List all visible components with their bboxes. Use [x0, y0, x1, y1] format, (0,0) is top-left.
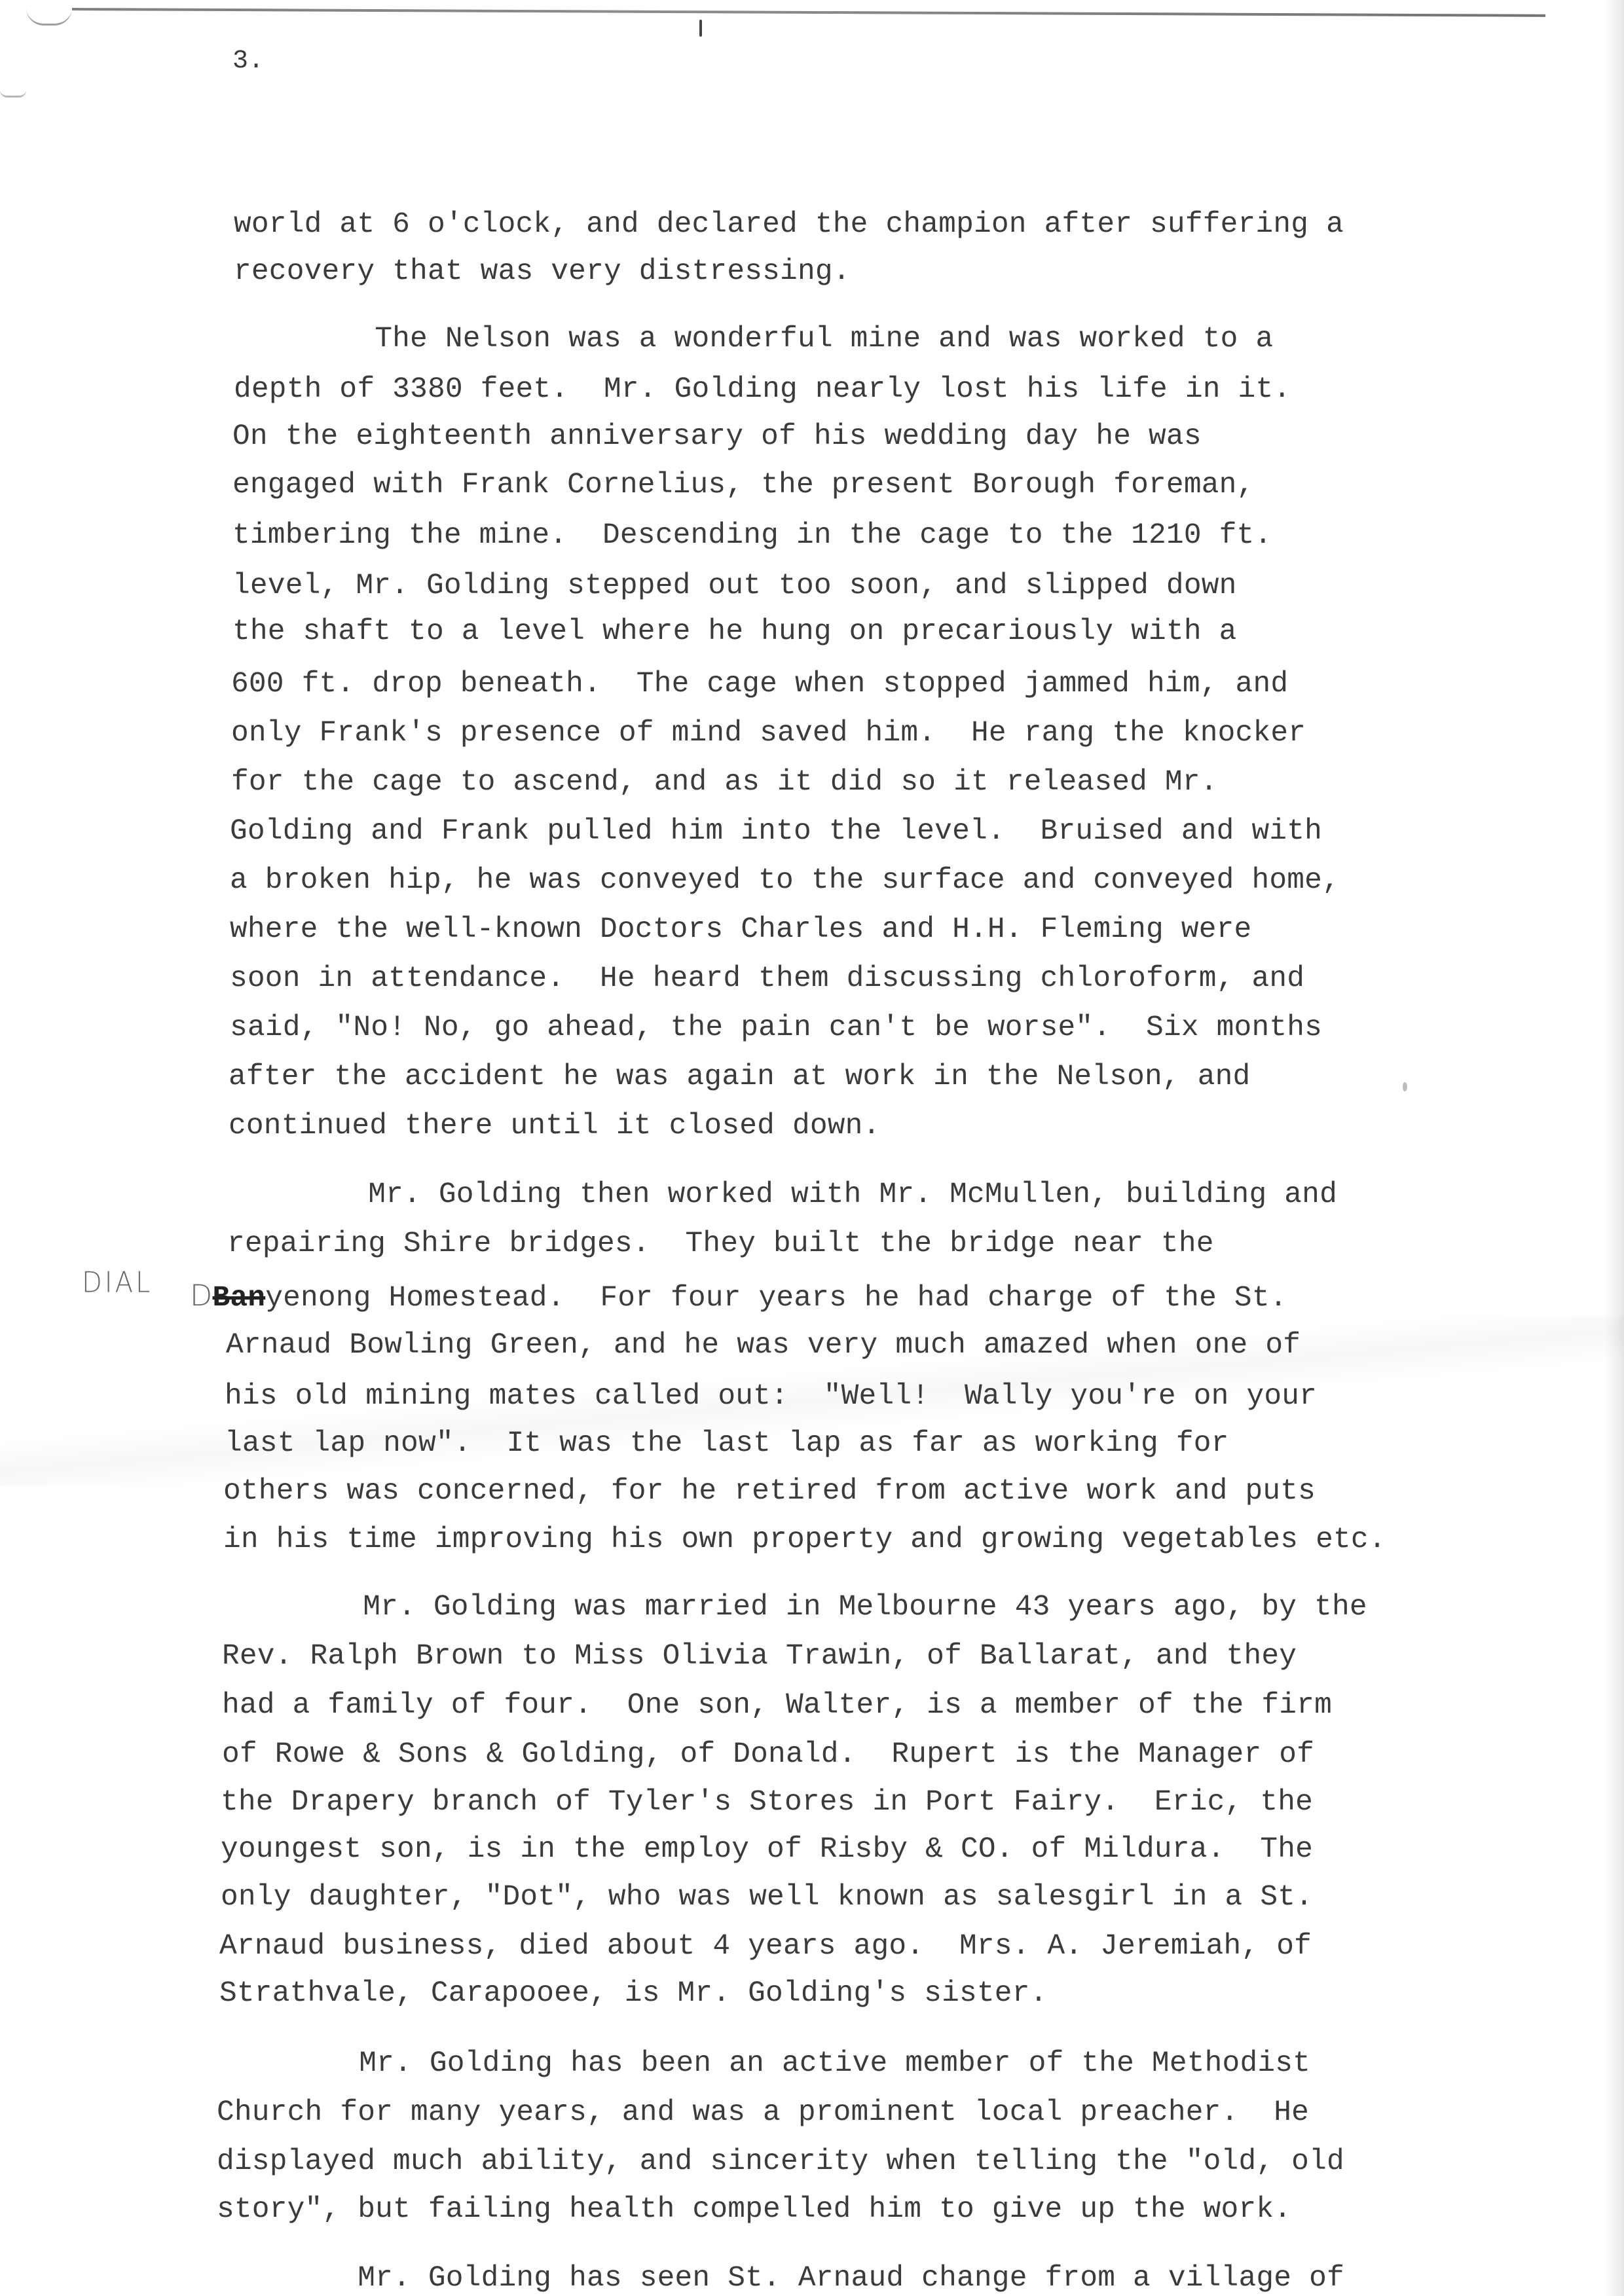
text-line: last lap now". It was the last lap as fa…: [225, 1427, 1229, 1460]
text-line: Rev. Ralph Brown to Miss Olivia Trawin, …: [222, 1640, 1297, 1673]
text-line: Mr. Golding has seen St. Arnaud change f…: [217, 2262, 1344, 2295]
text-line: for the cage to ascend, and as it did so…: [231, 766, 1218, 799]
text-line: soon in attendance. He heard them discus…: [230, 962, 1304, 995]
text-line: displayed much ability, and sincerity wh…: [217, 2145, 1344, 2178]
paper-top-edge: [72, 8, 1545, 17]
text-line: had a family of four. One son, Walter, i…: [222, 1689, 1332, 1722]
text-line: level, Mr. Golding stepped out too soon,…: [232, 570, 1237, 602]
text-line: youngest son, is in the employ of Risby …: [221, 1833, 1313, 1866]
text-line: story", but failing health compelled him…: [217, 2193, 1291, 2226]
text-line: world at 6 o'clock, and declared the cha…: [234, 208, 1344, 241]
text-line: after the accident he was again at work …: [229, 1061, 1250, 1093]
text-line: Mr. Golding then worked with Mr. McMulle…: [227, 1178, 1337, 1211]
ink-smudge: [1403, 1082, 1407, 1091]
handwritten-inserted-letter: D: [190, 1279, 212, 1313]
text-line: depth of 3380 feet. Mr. Golding nearly l…: [234, 373, 1291, 406]
text-line: Arnaud business, died about 4 years ago.…: [219, 1930, 1312, 1963]
scanned-page: 3. world at 6 o'clock, and declared the …: [0, 0, 1624, 2296]
text-line: the Drapery branch of Tyler's Stores in …: [221, 1786, 1313, 1819]
text-line: continued there until it closed down.: [229, 1110, 880, 1142]
handwritten-margin-note: DIAL: [82, 1266, 153, 1300]
text-line: in his time improving his own property a…: [223, 1523, 1386, 1556]
text-line: repairing Shire bridges. They built the …: [227, 1228, 1214, 1260]
text-line: his old mining mates called out: "Well! …: [225, 1380, 1317, 1413]
text-line: said, "No! No, go ahead, the pain can't …: [230, 1011, 1322, 1044]
text-line: recovery that was very distressing.: [234, 255, 851, 288]
text-line: of Rowe & Sons & Golding, of Donald. Rup…: [222, 1738, 1314, 1771]
ink-mark: [699, 20, 702, 37]
text-line: On the eighteenth anniversary of his wed…: [232, 420, 1202, 453]
text-line: where the well-known Doctors Charles and…: [230, 913, 1251, 946]
text-line: 600 ft. drop beneath. The cage when stop…: [231, 668, 1288, 701]
struck-out-text: Ban: [212, 1282, 265, 1315]
text-line-remainder: yenong Homestead. For four years he had …: [265, 1282, 1287, 1315]
text-line: timbering the mine. Descending in the ca…: [232, 519, 1272, 552]
text-line: only Frank's presence of mind saved him.…: [231, 717, 1306, 750]
text-line: Golding and Frank pulled him into the le…: [230, 815, 1322, 848]
paper-right-edge-shadow: [1604, 0, 1624, 2296]
text-line: a broken hip, he was conveyed to the sur…: [230, 864, 1340, 897]
page-number: 3.: [232, 48, 264, 75]
text-line: only daughter, "Dot", who was well known…: [221, 1881, 1313, 1914]
text-line: The Nelson was a wonderful mine and was …: [234, 323, 1273, 355]
text-line: others was concerned, for he retired fro…: [223, 1475, 1316, 1508]
handwritten-correction: DBan: [190, 1280, 265, 1315]
text-line-corrected: DBanyenong Homestead. For four years he …: [190, 1280, 1287, 1315]
text-line: Mr. Golding was married in Melbourne 43 …: [222, 1591, 1367, 1624]
paper-left-edge-tab: [0, 90, 26, 98]
text-line: Arnaud Bowling Green, and he was very mu…: [226, 1329, 1301, 1362]
text-line: the shaft to a level where he hung on pr…: [232, 615, 1237, 648]
paper-edge-notch: [26, 8, 72, 26]
text-line: Strathvale, Carapooee, is Mr. Golding's …: [219, 1977, 1048, 2010]
text-line: Church for many years, and was a promine…: [217, 2096, 1309, 2129]
text-line: engaged with Frank Cornelius, the presen…: [232, 469, 1254, 501]
text-line: Mr. Golding has been an active member of…: [218, 2047, 1310, 2080]
